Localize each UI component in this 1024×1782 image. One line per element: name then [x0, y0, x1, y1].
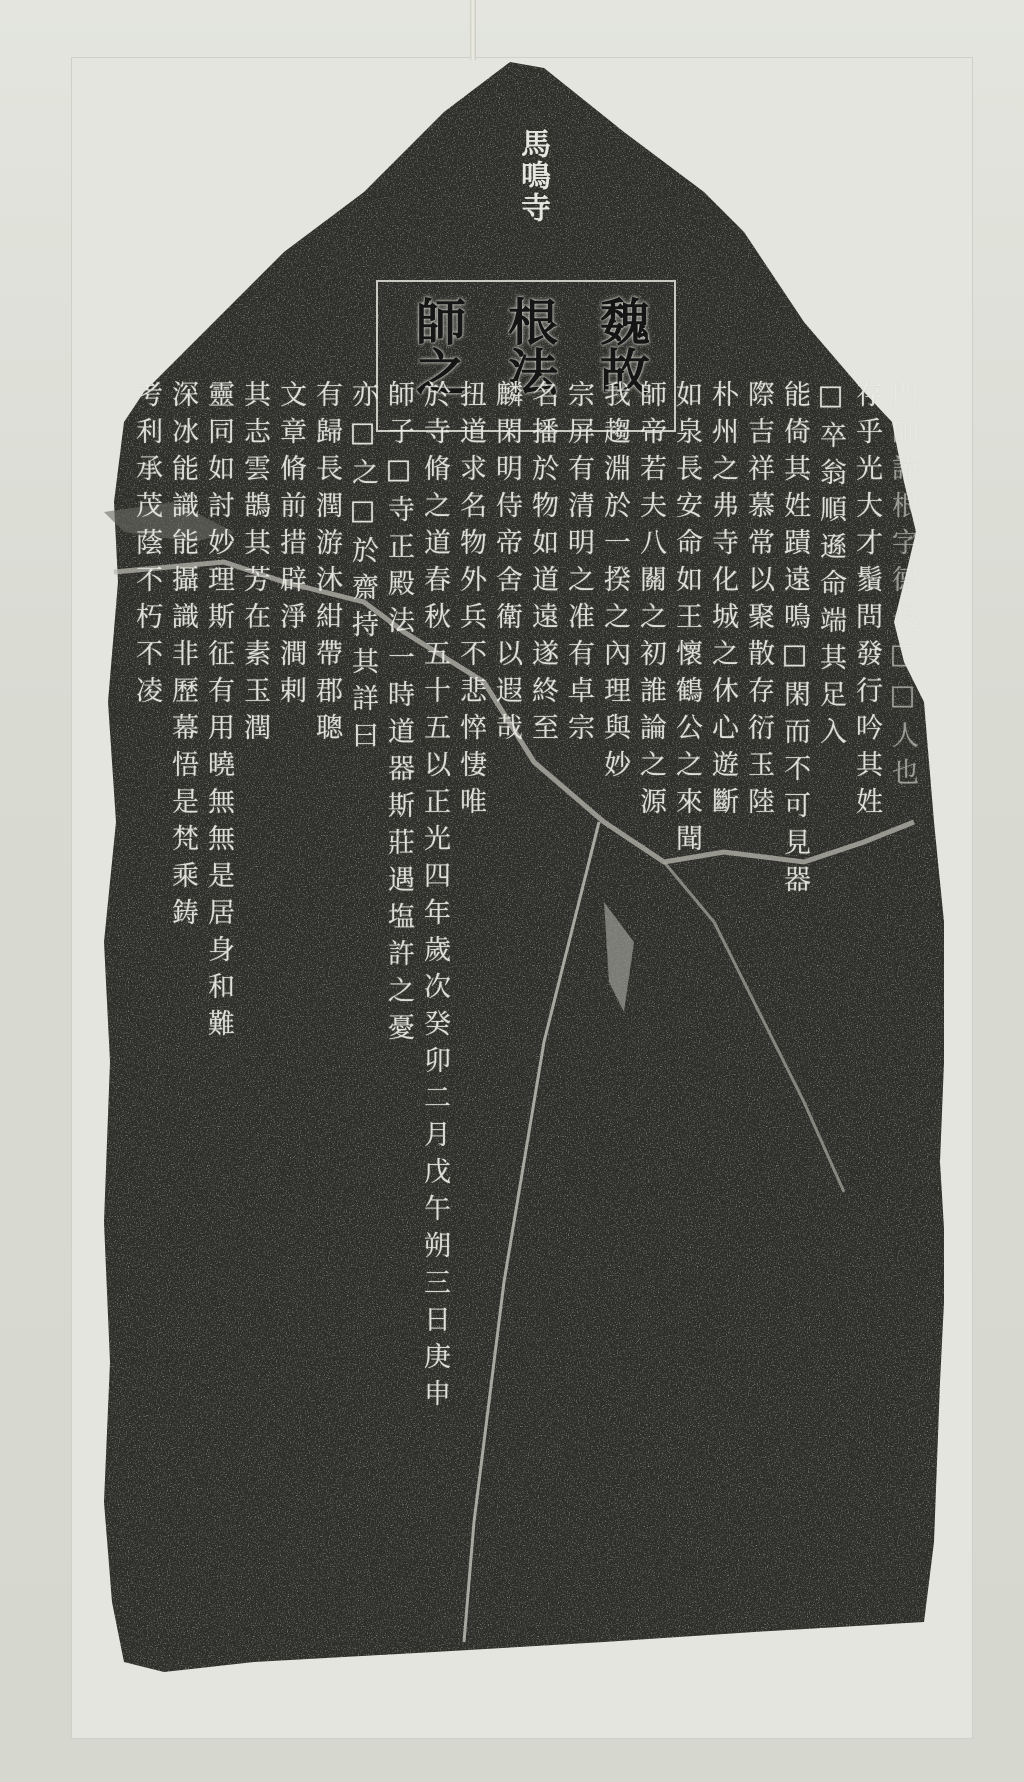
inscription-column: 有歸長潤游沐紺帶郡聰 — [306, 380, 346, 750]
inscription-column: 門師諱根字德長□□人也 — [882, 380, 922, 795]
inscription-column: □卒翁順遜命端其足入 — [810, 380, 850, 754]
inscription-column: 靈同如討妙理斯征有用曉無無是居身和難 — [198, 380, 238, 1046]
paper-crease — [470, 0, 476, 60]
temple-name-heading: 馬鳴寺 — [510, 128, 550, 224]
inscription-column: 師子□寺正殿法一時道器斯莊遇塩許之憂 — [378, 380, 418, 1050]
inscription-column: 其志雲鵲其芳在素玉潤 — [234, 380, 274, 750]
inscription-column: 際吉祥慕常以聚散存衍玉陸 — [738, 380, 778, 824]
inscription-column: 深冰能識能攝識非歷幕悟是梵乘鋳 — [162, 380, 202, 935]
stele-rubbing: 馬鳴寺 魏故 根法 師之 門師諱根字德長□□人也 存乎光大才鬚問發行吟其姓 □卒… — [104, 62, 944, 1692]
inscription-column: 我趨淵於一揆之內理與妙 — [594, 380, 634, 787]
inscription-column: 師帝若夫八關之初誰論之源 — [630, 380, 670, 824]
inscription-column: 扭道求名物外兵不悲悴悽唯 — [450, 380, 490, 824]
inscription-column: 宗屏有清明之准有卓宗 — [558, 380, 598, 750]
inscription-column: 亦□之□於齋持其詳曰 — [342, 380, 382, 758]
inscription-column: 朴州之弗寺化城之休心遊斷 — [702, 380, 742, 824]
inscription-column: 文章脩前措辟淨澗剌 — [270, 380, 310, 713]
inscription-column: 存乎光大才鬚問發行吟其姓 — [846, 380, 886, 824]
inscription-column: 麟閑明侍帝舍衛以遐哉 — [486, 380, 526, 750]
inscription-column: 考利承茂蔭不朽不凌 — [126, 380, 166, 713]
inscription-column: 於寺脩之道春秋五十五以正光四年歲次癸卯二月戊午朔三日庚申 — [414, 380, 454, 1416]
inscription-column: 能倚其姓蹟遠鳴□閑而不可見器 — [774, 380, 814, 902]
inscription-column: 名播於物如道遠遂終至 — [522, 380, 562, 750]
inscription-text: 門師諱根字德長□□人也 存乎光大才鬚問發行吟其姓 □卒翁順遜命端其足入 能倚其姓… — [122, 380, 922, 1620]
inscription-column: 如泉長安命如王懷鶴公之來聞 — [666, 380, 706, 861]
